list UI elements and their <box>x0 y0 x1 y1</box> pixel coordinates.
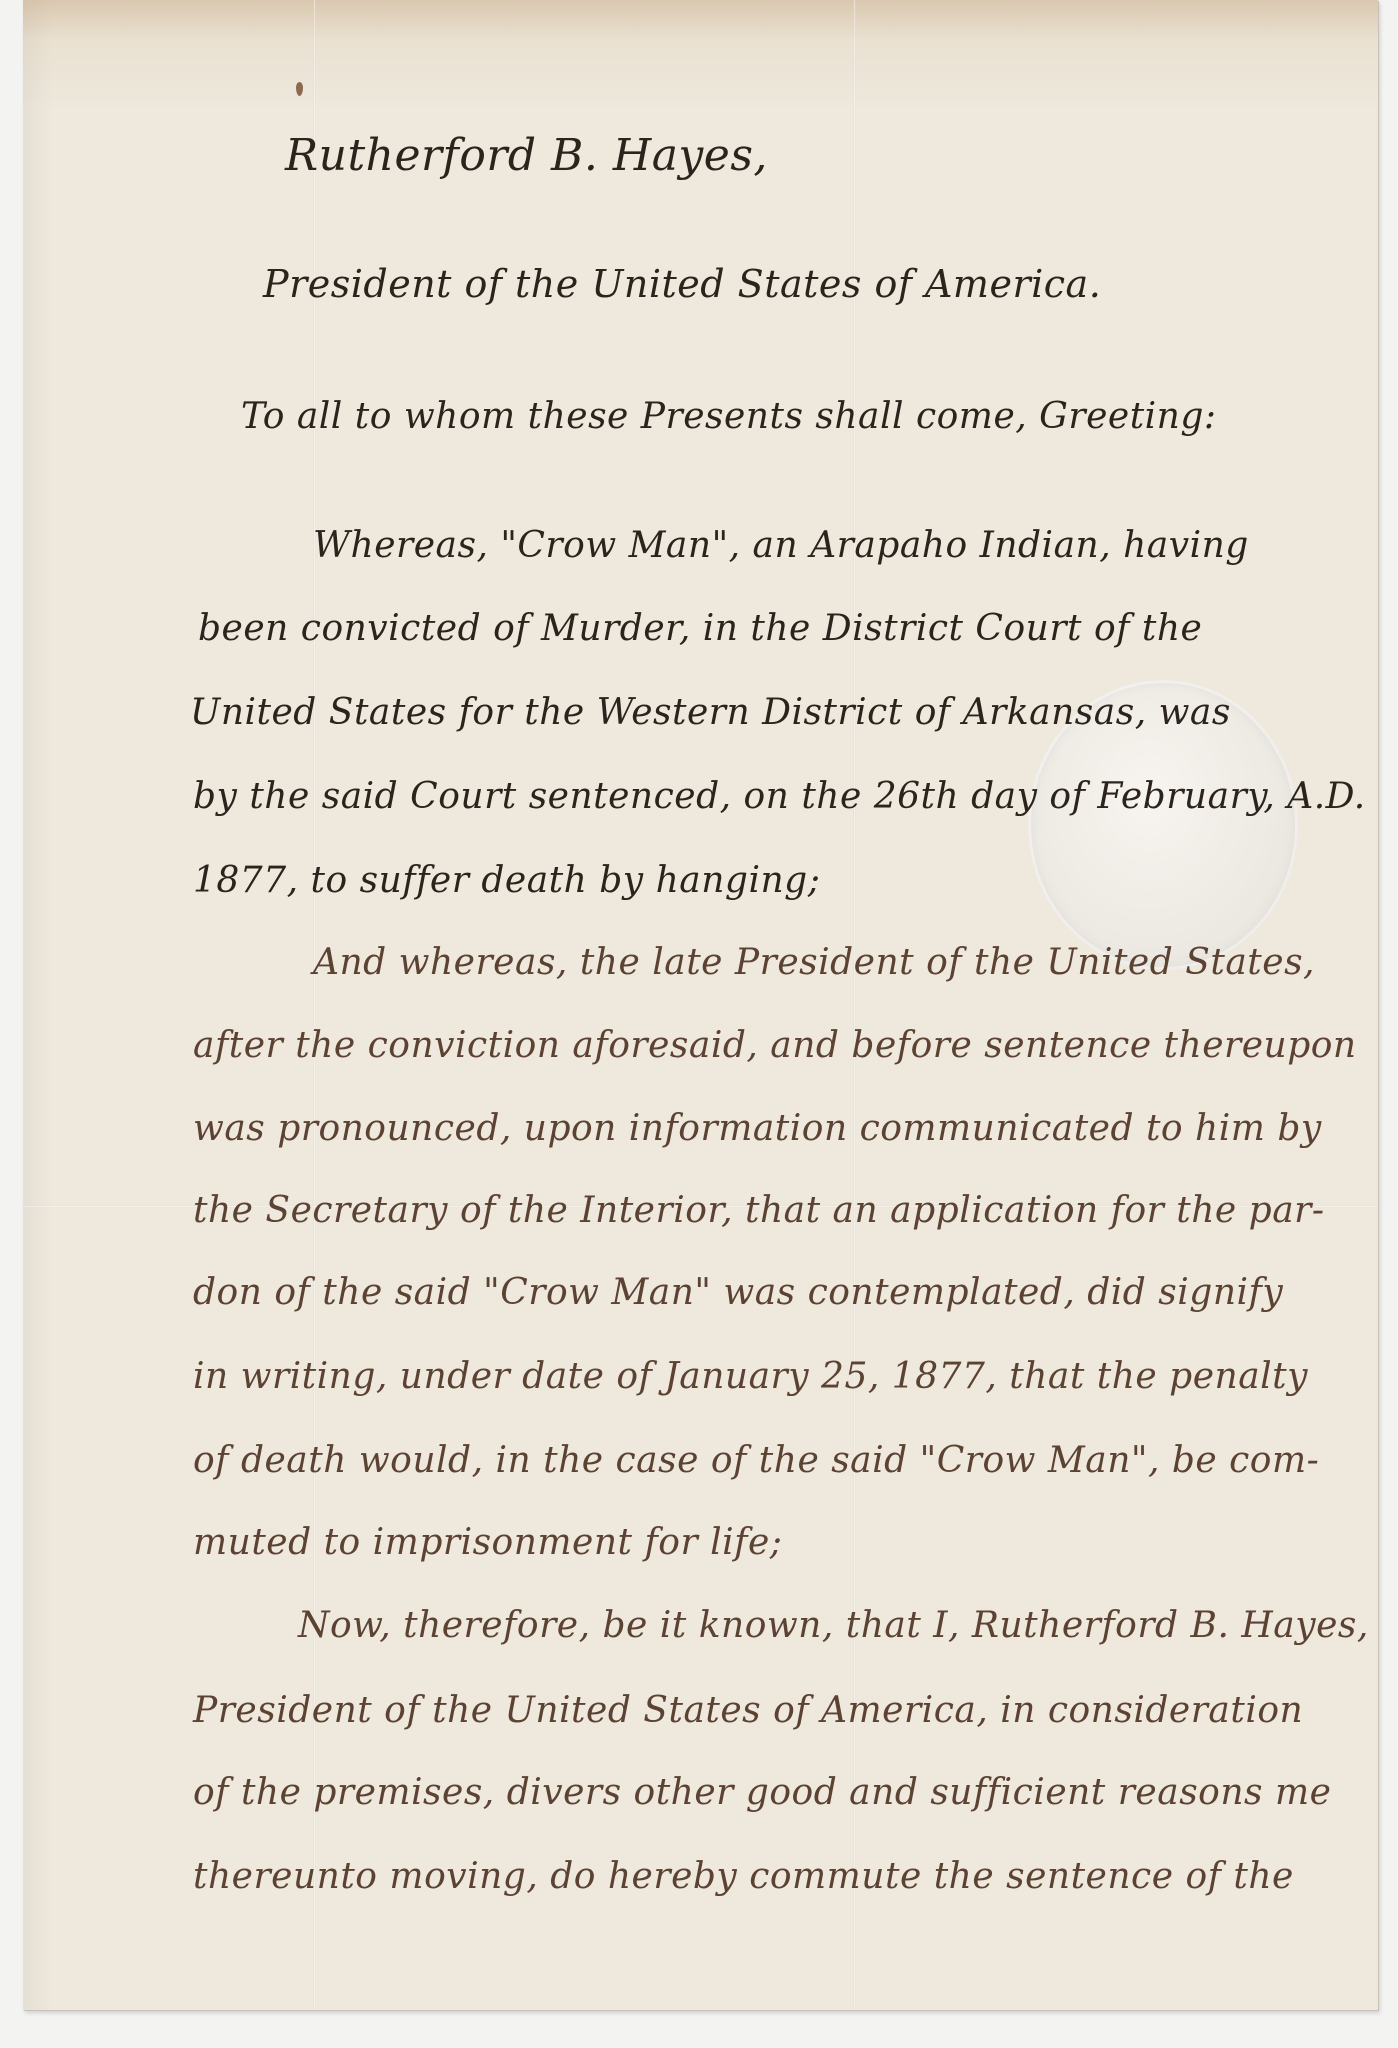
text-line: of death would, in the case of the said … <box>193 1440 1319 1481</box>
text-line: muted to imprisonment for life; <box>193 1522 782 1563</box>
ink-stain <box>296 82 303 96</box>
text-line: of the premises, divers other good and s… <box>193 1772 1331 1813</box>
document-page: Rutherford B. Hayes, President of the Un… <box>23 0 1378 2010</box>
text-line: the Secretary of the Interior, that an a… <box>193 1190 1325 1231</box>
heading-office: President of the United States of Americ… <box>263 262 1101 306</box>
text-line: been convicted of Murder, in the Distric… <box>198 608 1202 649</box>
text-line: in writing, under date of January 25, 18… <box>193 1356 1308 1397</box>
text-line: And whereas, the late President of the U… <box>313 942 1315 983</box>
text-line: don of the said "Crow Man" was contempla… <box>193 1272 1283 1313</box>
heading-name: Rutherford B. Hayes, <box>285 130 768 181</box>
salutation: To all to whom these Presents shall come… <box>241 396 1217 437</box>
text-line: by the said Court sentenced, on the 26th… <box>193 776 1366 817</box>
text-line: 1877, to suffer death by hanging; <box>193 860 820 901</box>
text-line: Now, therefore, be it known, that I, Rut… <box>298 1605 1369 1646</box>
text-line: President of the United States of Americ… <box>193 1690 1303 1731</box>
text-line: United States for the Western District o… <box>190 692 1231 733</box>
text-line: after the conviction aforesaid, and befo… <box>193 1025 1357 1066</box>
text-line: Whereas, "Crow Man", an Arapaho Indian, … <box>313 525 1249 566</box>
text-line: thereunto moving, do hereby commute the … <box>193 1856 1294 1897</box>
text-line: was pronounced, upon information communi… <box>193 1108 1322 1149</box>
